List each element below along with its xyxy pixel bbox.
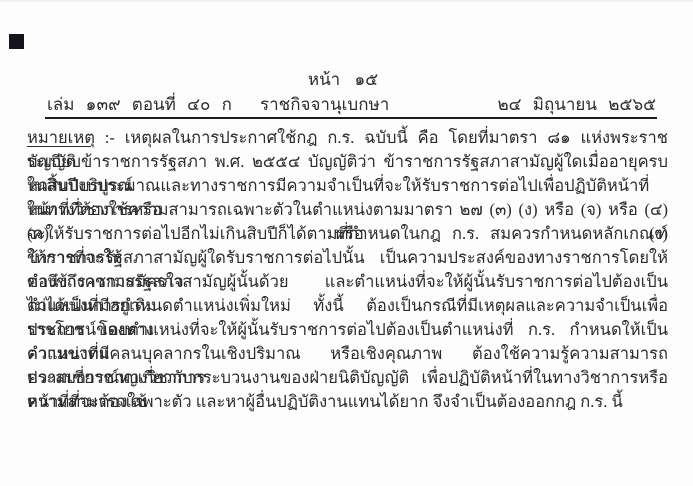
body-line: ราชการ โดยตำแหน่งที่จะให้ผู้นั้นรับราชกา… <box>27 318 668 342</box>
body-line: ไม่ได้เป็นการกำหนดตำแหน่งเพิ่มใหม่ ทั้งน… <box>27 294 668 318</box>
publication-date-label: ๒๔ มิถุนายน ๒๕๖๕ <box>497 91 656 118</box>
scan-artifact-mark <box>9 34 24 49</box>
body-line: ในสิ้นปีงบประมาณและทางราชการมีความจำเป็น… <box>27 174 668 198</box>
scan-top-edge <box>0 0 693 3</box>
header-divider-rule <box>45 117 657 119</box>
note-paragraph: หมายเหตุ :- เหตุผลในการประกาศใช้กฎ ก.ร. … <box>27 126 668 414</box>
body-line: ระเบียบข้าราชการรัฐสภา พ.ศ. ๒๕๕๔ บัญญัติ… <box>27 150 668 174</box>
body-line: ของข้าราชการรัฐสภาสามัญผู้นั้นด้วย และตำ… <box>27 270 668 294</box>
gazette-header-row: เล่ม ๑๓๙ ตอนที่ ๔๐ ก ราชกิจจานุเบกษา ๒๔ … <box>47 91 656 115</box>
gazette-title: ราชกิจจานุเบกษา <box>260 91 389 118</box>
page-number-label: หน้า ๑๕ <box>0 66 686 93</box>
body-line: หน้าที่ที่ต้องใช้ความสามารถเฉพาะตัวในตำแ… <box>27 198 668 222</box>
note-heading-label: หมายเหตุ <box>27 128 95 147</box>
body-line: ความเชี่ยวชาญเกี่ยวกับกระบวนงานของฝ่ายนิ… <box>27 366 668 390</box>
gazette-page: หน้า ๑๕ เล่ม ๑๓๙ ตอนที่ ๔๐ ก ราชกิจจานุเ… <box>0 0 693 486</box>
body-line: ข้าราชการรัฐสภาสามัญผู้ใดรับราชการต่อไปน… <box>27 246 668 270</box>
body-line: จะให้รับราชการต่อไปอีกไม่เกินสิบปีก็ได้ต… <box>27 222 668 246</box>
body-line: ความสามารถเฉพาะตัว และหาผู้อื่นปฏิบัติงา… <box>27 390 668 414</box>
body-line: ความขาดแคลนบุคลากรในเชิงปริมาณ หรือเชิงค… <box>27 342 668 366</box>
volume-part-label: เล่ม ๑๓๙ ตอนที่ ๔๐ ก <box>47 91 232 118</box>
body-line: หมายเหตุ :- เหตุผลในการประกาศใช้กฎ ก.ร. … <box>27 126 668 150</box>
